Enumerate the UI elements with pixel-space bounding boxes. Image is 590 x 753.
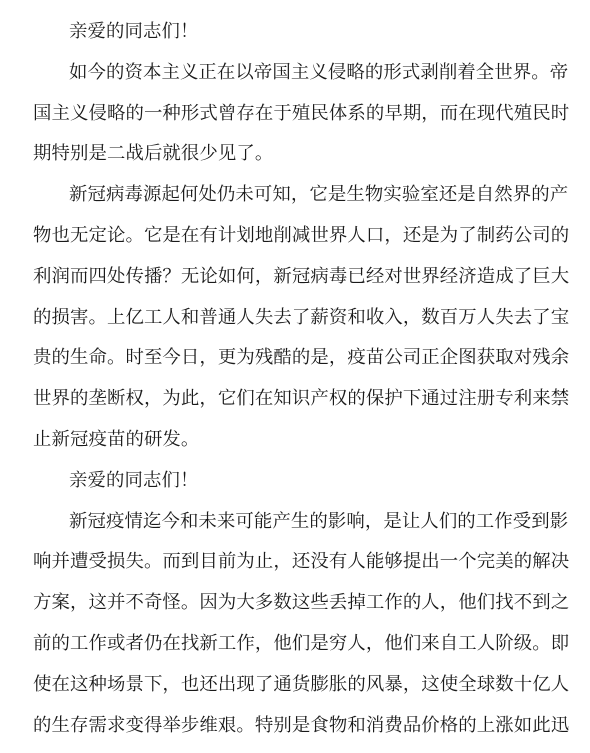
- paragraph-line: 使在这种场景下，也还出现了通货膨胀的风暴，这使全球数十亿人: [33, 665, 578, 706]
- paragraph-line: 物也无定论。它是在有计划地削减世界人口，还是为了制药公司的: [33, 216, 578, 257]
- paragraph-line: 期特别是二战后就很少见了。: [33, 134, 578, 175]
- paragraph-line: 世界的垄断权，为此，它们在知识产权的保护下通过注册专利来禁: [33, 379, 578, 420]
- paragraph-line: 国主义侵略的一种形式曾存在于殖民体系的早期，而在现代殖民时: [33, 94, 578, 135]
- paragraph-line: 如今的资本主义正在以帝国主义侵略的形式剥削着全世界。帝: [33, 53, 578, 94]
- paragraph-line: 止新冠疫苗的研发。: [33, 420, 578, 461]
- salutation: 亲爱的同志们！: [33, 12, 578, 53]
- paragraph: 新冠病毒源起何处仍未可知，它是生物实验室还是自然界的产 物也无定论。它是在有计划…: [33, 175, 578, 461]
- paragraph: 新冠疫情迄今和未来可能产生的影响，是让人们的工作受到影 响并遭受损失。而到目前为…: [33, 502, 578, 747]
- paragraph-line: 的损害。上亿工人和普通人失去了薪资和收入，数百万人失去了宝: [33, 298, 578, 339]
- paragraph-line: 利润而四处传播？无论如何，新冠病毒已经对世界经济造成了巨大: [33, 257, 578, 298]
- paragraph-line: 贵的生命。时至今日，更为残酷的是，疫苗公司正企图获取对残余: [33, 338, 578, 379]
- paragraph-line: 方案，这并不奇怪。因为大多数这些丢掉工作的人，他们找不到之: [33, 583, 578, 624]
- paragraph-line: 前的工作或者仍在找新工作，他们是穷人，他们来自工人阶级。即: [33, 624, 578, 665]
- paragraph-line: 的生存需求变得举步维艰。特别是食物和消费品价格的上涨如此迅: [33, 706, 578, 747]
- paragraph-line: 响并遭受损失。而到目前为止，还没有人能够提出一个完美的解决: [33, 542, 578, 583]
- paragraph-line: 新冠疫情迄今和未来可能产生的影响，是让人们的工作受到影: [33, 502, 578, 543]
- paragraph-line: 新冠病毒源起何处仍未可知，它是生物实验室还是自然界的产: [33, 175, 578, 216]
- salutation: 亲爱的同志们！: [33, 461, 578, 502]
- paragraph: 如今的资本主义正在以帝国主义侵略的形式剥削着全世界。帝 国主义侵略的一种形式曾存…: [33, 53, 578, 175]
- document-page: 亲爱的同志们！ 如今的资本主义正在以帝国主义侵略的形式剥削着全世界。帝 国主义侵…: [0, 0, 590, 753]
- document-body: 亲爱的同志们！ 如今的资本主义正在以帝国主义侵略的形式剥削着全世界。帝 国主义侵…: [33, 12, 578, 746]
